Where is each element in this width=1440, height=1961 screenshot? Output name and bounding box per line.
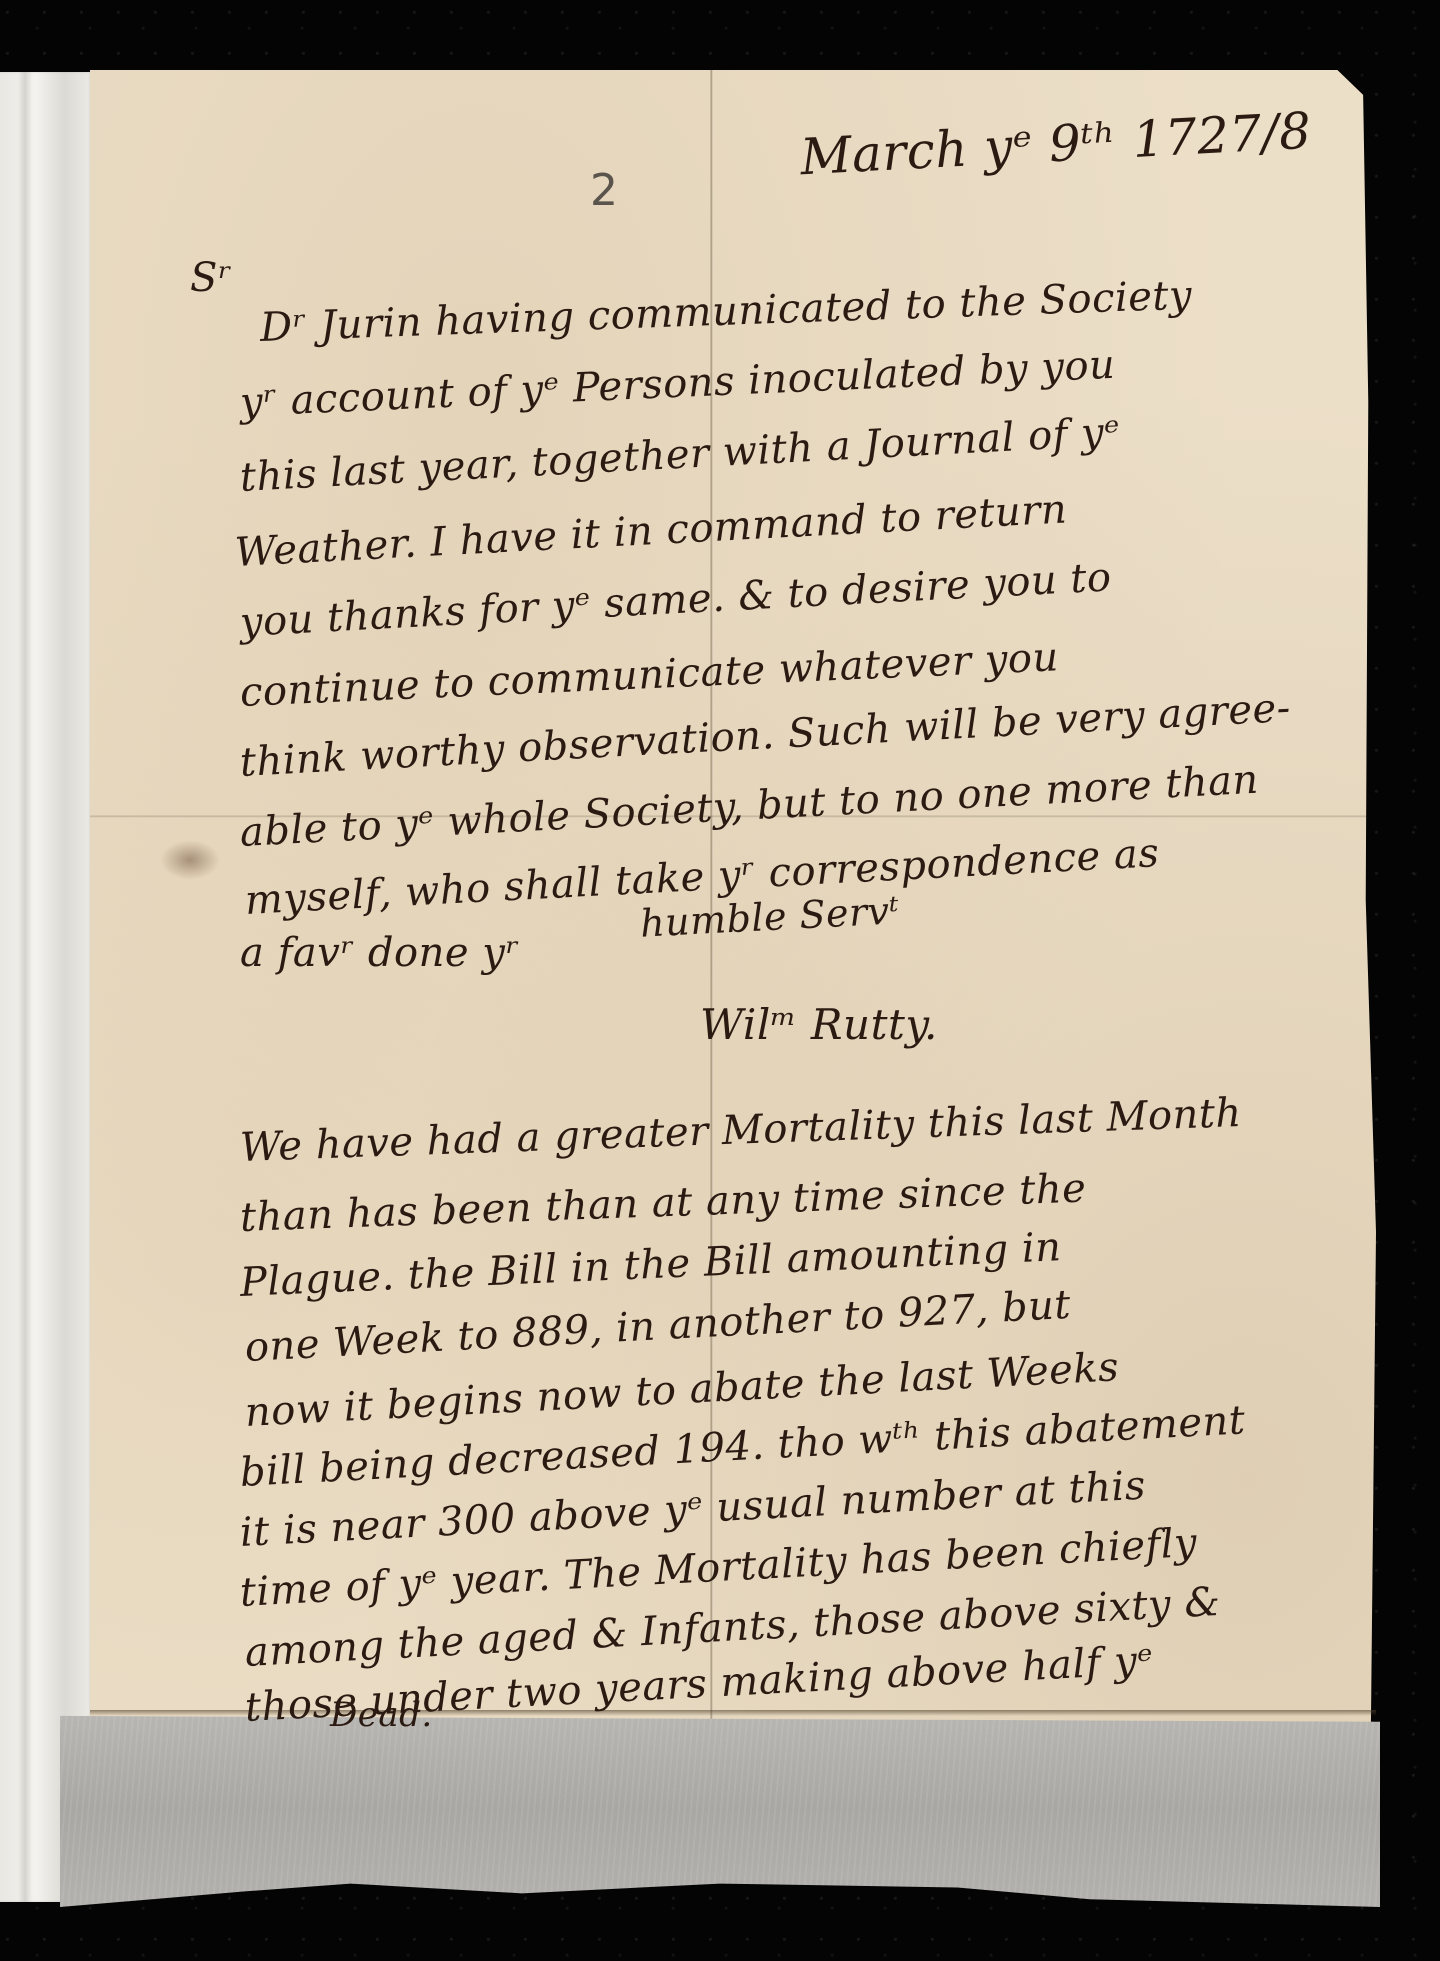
tissue-repair-strip bbox=[60, 1712, 1380, 1907]
postscript-line: Dead. bbox=[330, 1695, 433, 1735]
binding-guard-strip bbox=[0, 72, 92, 1902]
signature: Wilᵐ Rutty. bbox=[700, 1000, 938, 1049]
salutation: Sʳ bbox=[190, 255, 232, 301]
ink-smudge bbox=[160, 840, 220, 880]
page-number: 2 bbox=[590, 165, 618, 216]
body-line: a favʳ done yʳ bbox=[240, 930, 520, 976]
